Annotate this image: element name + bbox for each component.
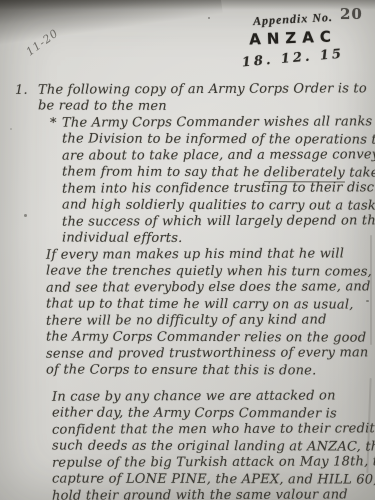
paragraph-line: that up to that time he will carry on as… (46, 296, 368, 314)
appendix-stamp: Appendix No. ANZAC 18. 12. 15 (228, 12, 358, 66)
third-paragraph: In case by any chance we are attacked on… (52, 389, 368, 500)
underlined-word: deliberately (264, 165, 345, 182)
paragraph-line: of the Corps to ensure that this is done… (46, 362, 368, 380)
quote-line-underlined-word: them from him to say that he deliberatel… (62, 164, 368, 182)
scanned-document-photo: 20 11-20 Appendix No. ANZAC 18. 12. 15 1… (0, 0, 375, 500)
quote-line: the success of which will largely depend… (62, 213, 368, 231)
stamp-anzac-label: ANZAC (228, 27, 359, 50)
paragraph-line: capture of LONE PINE, the APEX, and HILL… (52, 471, 368, 489)
paragraph-line: If every man makes up his mind that he w… (46, 246, 368, 264)
paragraph-line: either day, the Army Corps Commander is (52, 405, 368, 423)
paragraph-line: repulse of the big Turkish attack on May… (52, 454, 368, 472)
quote-line: are about to take place, and a message c… (62, 147, 368, 165)
paragraph-line: In case by any chance we are attacked on (52, 388, 368, 406)
paragraph-line: sense and proved trustworthiness of ever… (46, 345, 368, 363)
paper-speck (10, 128, 12, 130)
asterisk-mark: * (50, 116, 62, 133)
quote-line: and high soldierly qualities to carry ou… (62, 197, 368, 215)
paragraph-line: hold their ground with the same valour a… (52, 487, 368, 500)
quote-line: the Division to be informed of the opera… (62, 131, 368, 149)
paragraph-line: there will be no difficulty of any kind … (46, 312, 368, 330)
quote-text: takes (345, 165, 375, 180)
item-number: 1. (15, 83, 38, 100)
paragraph-line: the Army Corps Commander relies on the g… (46, 329, 368, 347)
handwritten-date: 18. 12. 15 (228, 45, 359, 71)
quote-line: *The Army Corps Commander wishes all ran… (62, 114, 368, 132)
quote-text: The Army Corps Commander wishes all rank… (62, 114, 375, 130)
intro-text: The following copy of an Army Corps Orde… (38, 81, 367, 97)
corps-order-quote-paragraph: *The Army Corps Commander wishes all ran… (62, 115, 368, 247)
paper-crease (370, 235, 372, 345)
quote-line: them into his confidence trusting to the… (62, 180, 368, 198)
paper-speck (24, 214, 27, 217)
order-intro-line: 1.The following copy of an Army Corps Or… (38, 81, 368, 99)
paragraph-line: leave the trenches quietly when his turn… (46, 263, 368, 281)
paragraph-line: confident that the men who have to their… (52, 421, 368, 439)
paragraph-line: and see that everybody else does the sam… (46, 279, 368, 297)
handwritten-order-text: 1.The following copy of an Army Corps Or… (38, 82, 368, 500)
quote-text: them from him to say that he (62, 164, 264, 180)
order-intro-line: be read to the men (38, 98, 368, 116)
quote-line: individual efforts. (62, 230, 368, 248)
paper-speck (208, 17, 210, 19)
second-paragraph: If every man makes up his mind that he w… (46, 247, 368, 379)
paragraph-line: such deeds as the original landing at AN… (52, 438, 368, 456)
